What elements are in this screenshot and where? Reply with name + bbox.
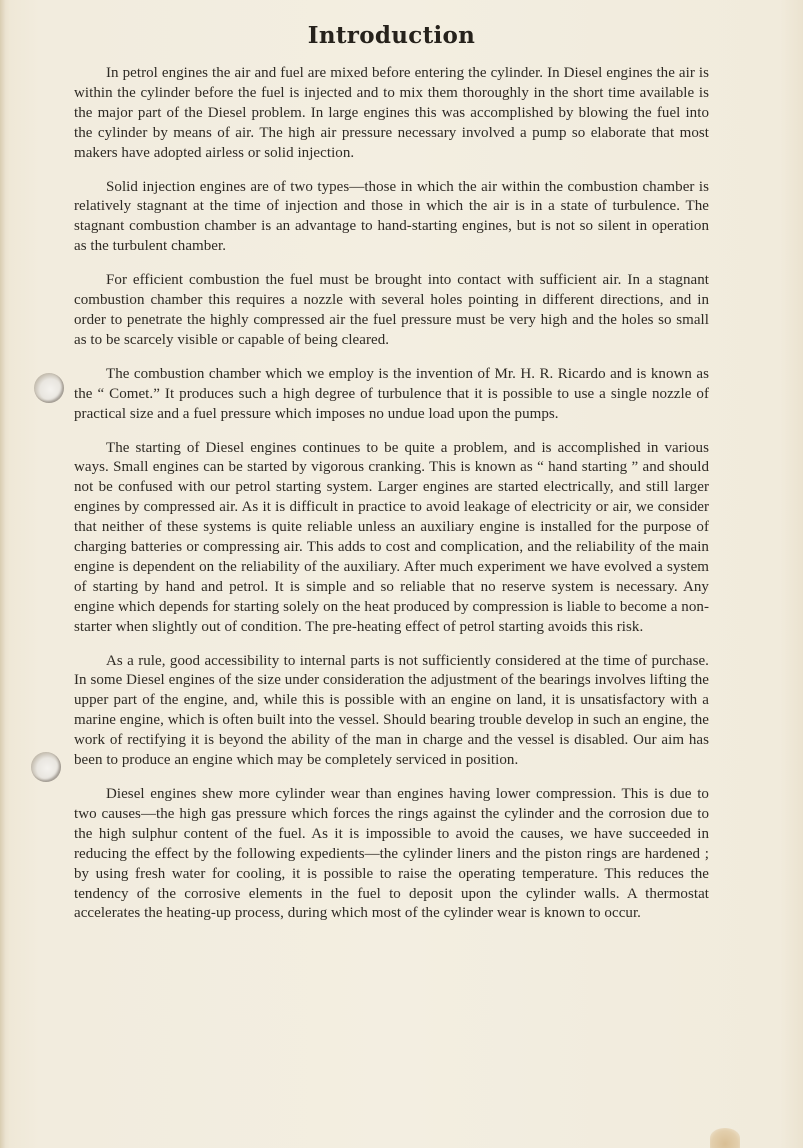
paragraph-accessibility: As a rule, good accessibility to interna… xyxy=(74,652,709,771)
paragraph-solid-injection-types: Solid injection engines are of two types… xyxy=(74,178,709,258)
binding-edge xyxy=(0,0,6,1148)
paragraph-petrol-vs-diesel: In petrol engines the air and fuel are m… xyxy=(74,64,709,164)
paragraph-starting: The starting of Diesel engines continues… xyxy=(74,439,709,638)
paper-stain xyxy=(710,1128,740,1148)
punch-hole-bottom xyxy=(31,752,61,782)
paragraph-efficient-combustion: For efficient combustion the fuel must b… xyxy=(74,271,709,351)
paragraph-cylinder-wear: Diesel engines shew more cylinder wear t… xyxy=(74,785,709,924)
paragraph-comet-chamber: The combustion chamber which we employ i… xyxy=(74,365,709,425)
page-content: Introduction In petrol engines the air a… xyxy=(74,18,709,938)
page-title: Introduction xyxy=(74,18,709,54)
punch-hole-top xyxy=(34,373,64,403)
scanned-page: Introduction In petrol engines the air a… xyxy=(0,0,803,1148)
